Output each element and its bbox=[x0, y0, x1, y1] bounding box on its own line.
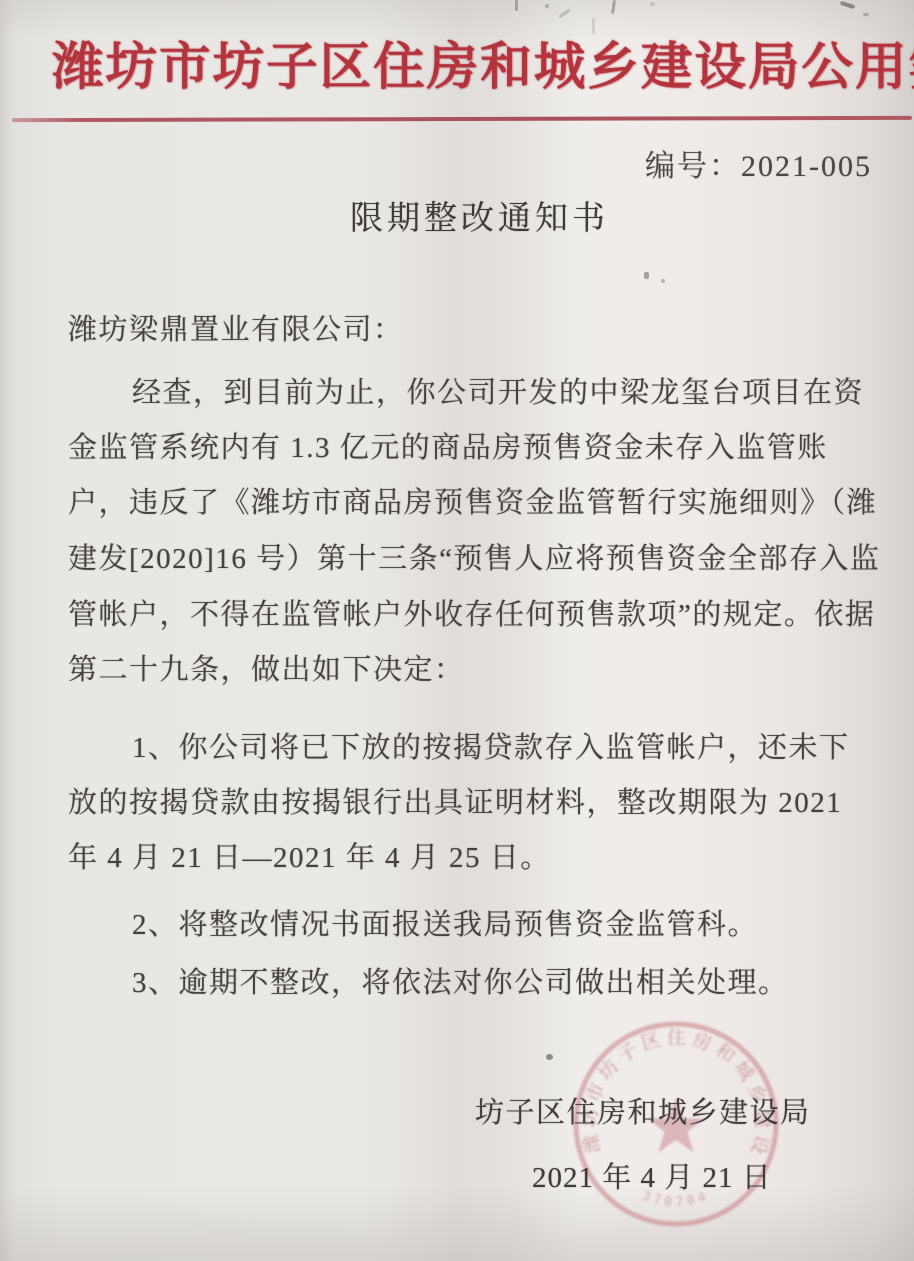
scan-artifact bbox=[644, 272, 649, 279]
scan-artifact bbox=[661, 279, 665, 283]
body-line: 户，违反了《潍坊市商品房预售资金监管暂行实施细则》（潍 bbox=[68, 485, 868, 521]
signature-line: 坊子区住房和城乡建设局 bbox=[475, 1090, 811, 1131]
date-line: 2021 年 4 月 21 日 bbox=[532, 1155, 772, 1196]
body-line: 经查，到目前为止，你公司开发的中梁龙玺台项目在资 bbox=[68, 375, 914, 411]
body-line: 管帐户，不得在监管帐户外收存任何预售款项”的规定。依据 bbox=[68, 597, 868, 633]
doc-number: 编号：2021-005 bbox=[645, 141, 872, 185]
scan-artifact bbox=[545, 4, 549, 8]
scan-artifact bbox=[546, 1054, 553, 1060]
body-line-item-2: 2、将整改情况书面报送我局预售资金监管科。 bbox=[68, 907, 914, 943]
scan-artifact bbox=[611, 0, 616, 14]
page-title: 限期整改通知书 bbox=[350, 192, 609, 239]
document-page: 潍坊市坊子区住房和城乡建设局公用笺 编号：2021-005 限期整改通知书 潍坊… bbox=[0, 0, 914, 1261]
scan-artifact bbox=[515, 0, 518, 11]
scan-artifact bbox=[558, 9, 570, 19]
scan-artifact bbox=[840, 1, 856, 9]
body-line-item-3: 3、逾期不整改，将依法对你公司做出相关处理。 bbox=[68, 965, 914, 1001]
letterhead-title: 潍坊市坊子区住房和城乡建设局公用笺 bbox=[52, 34, 880, 103]
body-line: 金监管系统内有 1.3 亿元的商品房预售资金未存入监管账 bbox=[68, 430, 868, 466]
body-line: 放的按揭贷款由按揭银行出具证明材料，整改期限为 2021 bbox=[68, 785, 868, 821]
scan-artifact bbox=[650, 2, 655, 6]
scan-artifact bbox=[863, 13, 869, 16]
body-line: 建发[2020]16 号）第十三条“预售人应将预售资金全部存入监 bbox=[68, 541, 868, 577]
body-line-item-1: 1、你公司将已下放的按揭贷款存入监管帐户，还未下 bbox=[68, 730, 914, 766]
recipient-line: 潍坊梁鼎置业有限公司： bbox=[68, 312, 868, 348]
body-line: 年 4 月 21 日—2021 年 4 月 25 日。 bbox=[68, 840, 868, 876]
scan-artifact bbox=[592, 18, 595, 34]
body-line: 第二十九条，做出如下决定： bbox=[68, 652, 868, 688]
letterhead-divider bbox=[12, 116, 912, 122]
